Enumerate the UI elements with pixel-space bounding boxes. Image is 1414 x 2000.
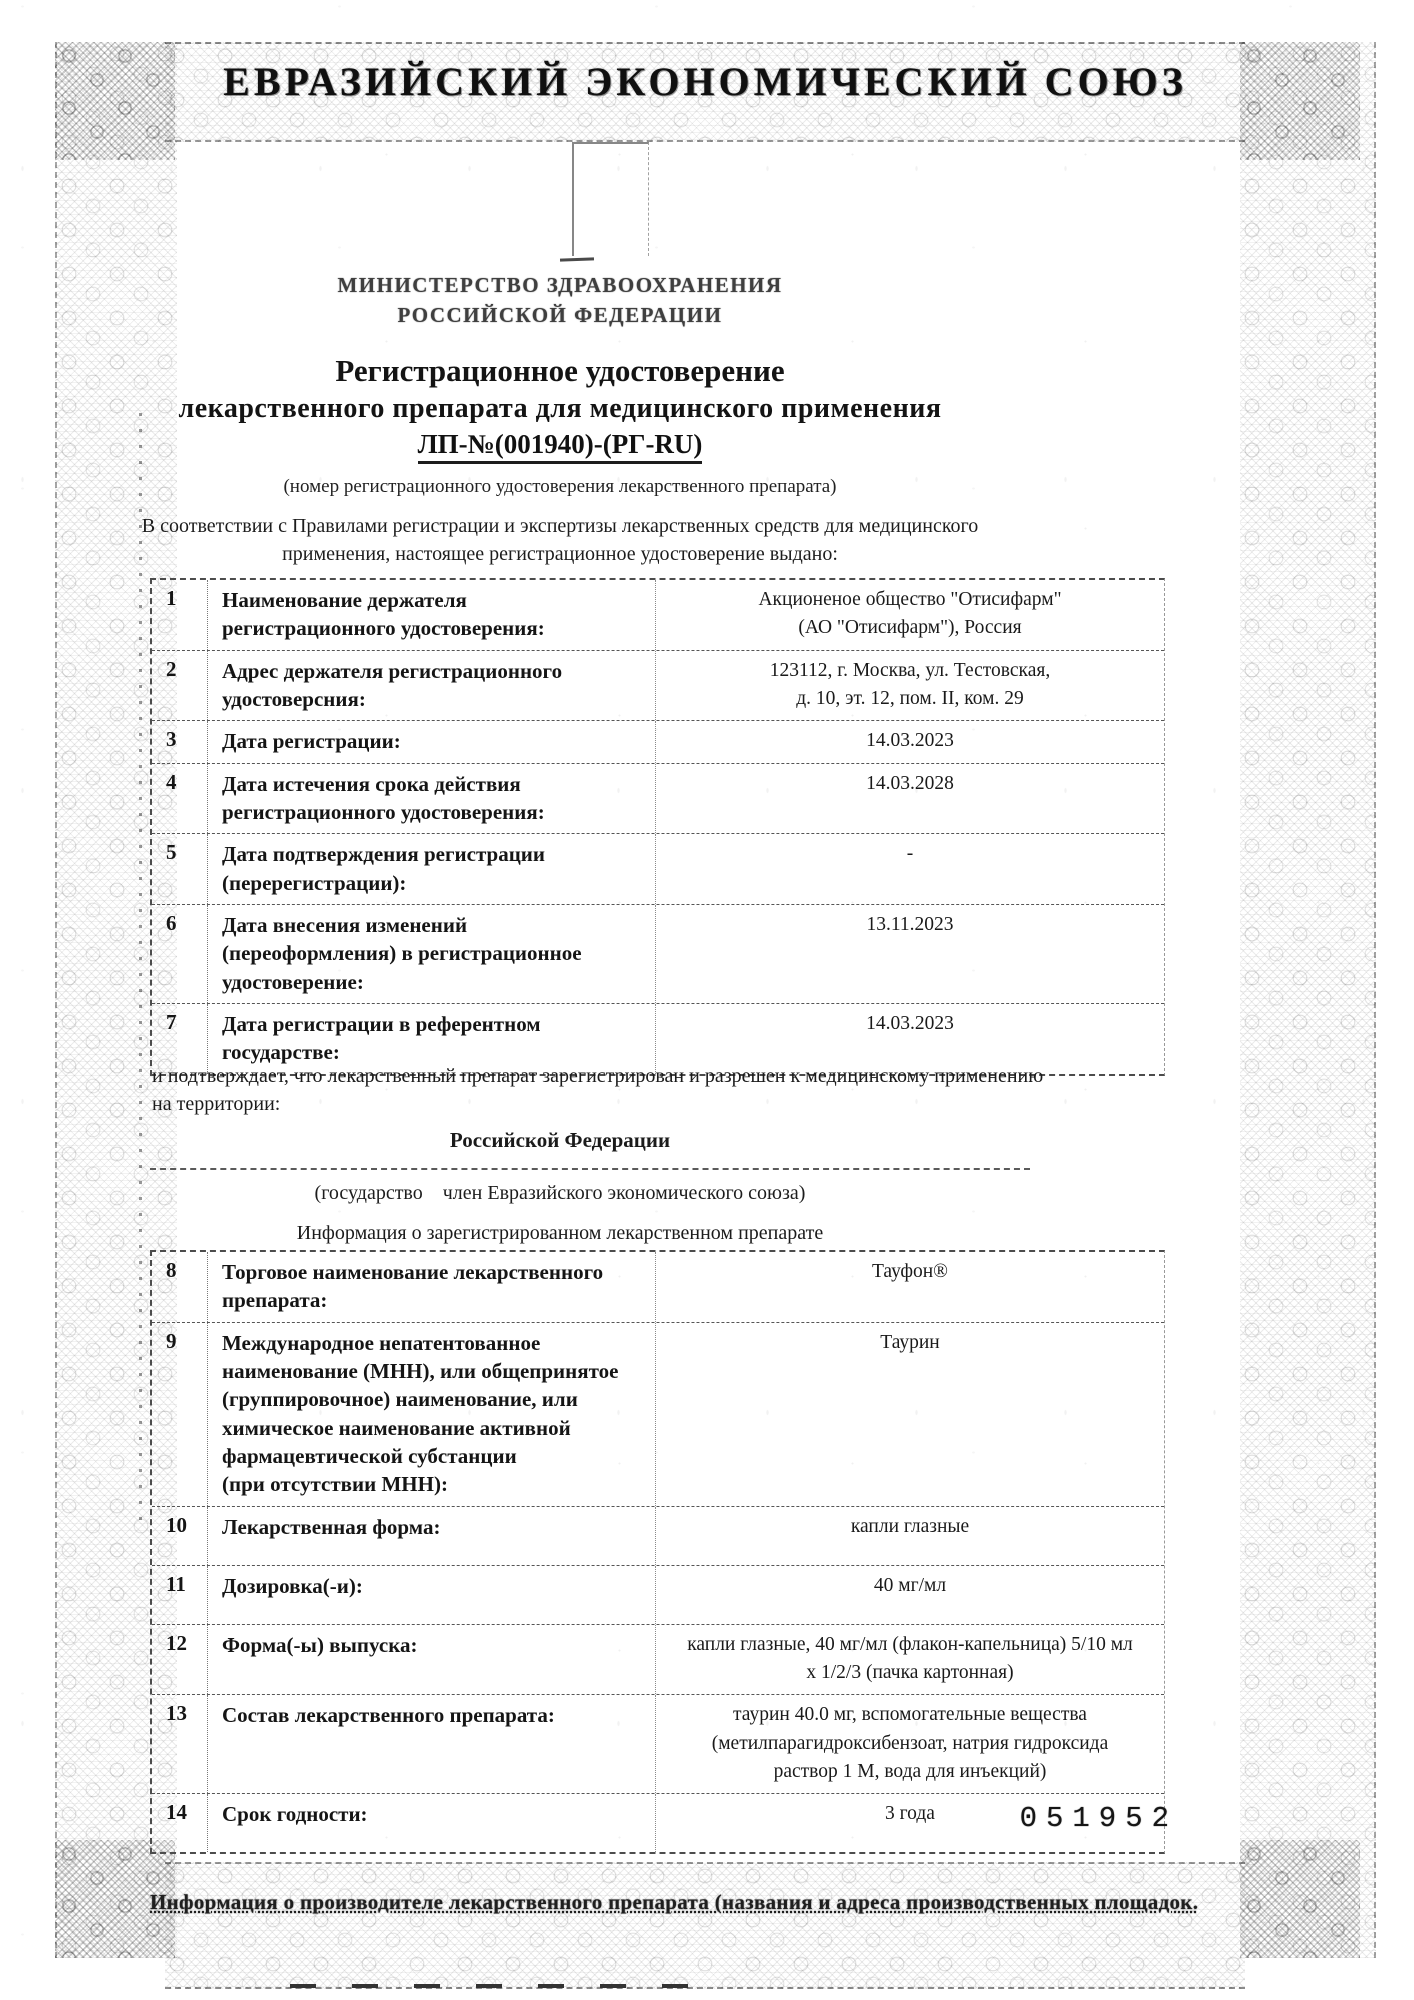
bottom-scan-artifact-dashes bbox=[290, 1984, 700, 1988]
row-label: Срок годности: bbox=[208, 1794, 656, 1852]
table-row: 9 Международное непатентованное наименов… bbox=[152, 1323, 1164, 1507]
row-value: капли глазные bbox=[656, 1507, 1164, 1565]
row-label: Дата подтверждения регистрации (перереги… bbox=[208, 834, 656, 904]
row-label: Торговое наименование лекарственного пре… bbox=[208, 1252, 656, 1322]
row-value: 14.03.2028 bbox=[656, 764, 1164, 834]
row-label: Дата внесения изменений (переоформления)… bbox=[208, 905, 656, 1003]
guilloche-corner-top-left bbox=[55, 42, 175, 160]
row-label: Адрес держателя регистрационного удостов… bbox=[208, 651, 656, 721]
row-number: 5 bbox=[152, 834, 208, 904]
row-value: Таурин bbox=[656, 1323, 1164, 1506]
table-row: 2 Адрес держателя регистрационного удост… bbox=[152, 651, 1164, 722]
table-row: 10 Лекарственная форма: капли глазные bbox=[152, 1507, 1164, 1566]
row-number: 4 bbox=[152, 764, 208, 834]
row-label: Форма(-ы) выпуска: bbox=[208, 1625, 656, 1695]
row-number: 2 bbox=[152, 651, 208, 721]
registration-certificate-document: ЕВРАЗИЙСКИЙ ЭКОНОМИЧЕСКИЙ СОЮЗ МИНИСТЕРС… bbox=[0, 0, 1414, 2000]
row-value: - bbox=[656, 834, 1164, 904]
table-row: 4 Дата истечения срока действия регистра… bbox=[152, 764, 1164, 835]
emblem-placeholder-box bbox=[572, 142, 649, 256]
table-row: 3 Дата регистрации: 14.03.2023 bbox=[152, 721, 1164, 763]
row-number: 13 bbox=[152, 1695, 208, 1793]
row-value: таурин 40.0 мг, вспомогательные вещества… bbox=[656, 1695, 1164, 1793]
row-number: 3 bbox=[152, 721, 208, 762]
territory-underline-rule bbox=[150, 1168, 1030, 1170]
guilloche-border-bottom bbox=[165, 1862, 1245, 1989]
confirmation-paragraph: и подтверждает, что лекарственный препар… bbox=[152, 1062, 1162, 1118]
registration-table-lower: 8 Торговое наименование лекарственного п… bbox=[150, 1250, 1165, 1854]
manufacturer-info-footer: Информация о производителе лекарственног… bbox=[150, 1890, 1280, 1915]
row-value: капли глазные, 40 мг/мл (флакон-капельни… bbox=[656, 1625, 1164, 1695]
guilloche-corner-top-right bbox=[1240, 42, 1360, 160]
row-label: Дата регистрации: bbox=[208, 721, 656, 762]
ministry-name: МИНИСТЕРСТВО ЗДРАВООХРАНЕНИЯ РОССИЙСКОЙ … bbox=[105, 270, 1015, 331]
territory-caption: (государство член Евразийского экономиче… bbox=[105, 1182, 1015, 1205]
row-value: 40 мг/мл bbox=[656, 1566, 1164, 1624]
row-label: Состав лекарственного препарата: bbox=[208, 1695, 656, 1793]
guilloche-border-right bbox=[1240, 42, 1376, 1958]
registration-number-caption: (номер регистрационного удостоверения ле… bbox=[105, 476, 1015, 498]
document-title-line1: Регистрационное удостоверение bbox=[105, 352, 1015, 391]
table-row: 13 Состав лекарственного препарата: таур… bbox=[152, 1695, 1164, 1794]
row-label: Наименование держателя регистрационного … bbox=[208, 580, 656, 650]
row-value: 123112, г. Москва, ул. Тестовская, д. 10… bbox=[656, 651, 1164, 721]
registered-product-info-heading: Информация о зарегистрированном лекарств… bbox=[105, 1222, 1015, 1245]
table-row: 12 Форма(-ы) выпуска: капли глазные, 40 … bbox=[152, 1625, 1164, 1696]
row-label: Международное непатентованное наименован… bbox=[208, 1323, 656, 1506]
table-row: 5 Дата подтверждения регистрации (перере… bbox=[152, 834, 1164, 905]
row-number: 12 bbox=[152, 1625, 208, 1695]
emblem-dash-mark bbox=[560, 257, 594, 261]
table-row: 8 Торговое наименование лекарственного п… bbox=[152, 1252, 1164, 1323]
table-row: 14 Срок годности: 3 года 051952 bbox=[152, 1794, 1164, 1852]
row-value: 13.11.2023 bbox=[656, 905, 1164, 1003]
registration-table-upper: 1 Наименование держателя регистрационног… bbox=[150, 578, 1165, 1076]
row-number: 6 bbox=[152, 905, 208, 1003]
row-label: Дата истечения срока действия регистраци… bbox=[208, 764, 656, 834]
row-number: 14 bbox=[152, 1794, 208, 1852]
union-header-title: ЕВРАЗИЙСКИЙ ЭКОНОМИЧЕСКИЙ СОЮЗ bbox=[165, 58, 1245, 105]
row-number: 10 bbox=[152, 1507, 208, 1565]
territory-name: Российской Федерации bbox=[105, 1128, 1015, 1153]
row-value: 14.03.2023 bbox=[656, 721, 1164, 762]
table-row: 6 Дата внесения изменений (переоформлени… bbox=[152, 905, 1164, 1004]
registration-number: ЛП-№(001940)-(РГ-RU) bbox=[418, 429, 703, 464]
row-number: 1 bbox=[152, 580, 208, 650]
row-number: 11 bbox=[152, 1566, 208, 1624]
document-title-block: Регистрационное удостоверение лекарствен… bbox=[105, 352, 1015, 568]
row-label: Дозировка(-и): bbox=[208, 1566, 656, 1624]
intro-paragraph: В соответствии с Правилами регистрации и… bbox=[105, 512, 1015, 568]
table-row: 1 Наименование держателя регистрационног… bbox=[152, 580, 1164, 651]
row-value: Тауфон® bbox=[656, 1252, 1164, 1322]
table-row: 11 Дозировка(-и): 40 мг/мл bbox=[152, 1566, 1164, 1625]
stamp-number: 051952 bbox=[1020, 1802, 1178, 1835]
row-number: 8 bbox=[152, 1252, 208, 1322]
row-number: 9 bbox=[152, 1323, 208, 1506]
row-label: Лекарственная форма: bbox=[208, 1507, 656, 1565]
document-title-line2: лекарственного препарата для медицинског… bbox=[105, 391, 1015, 427]
row-value: Акционеное общество "Отисифарм" (АО "Оти… bbox=[656, 580, 1164, 650]
